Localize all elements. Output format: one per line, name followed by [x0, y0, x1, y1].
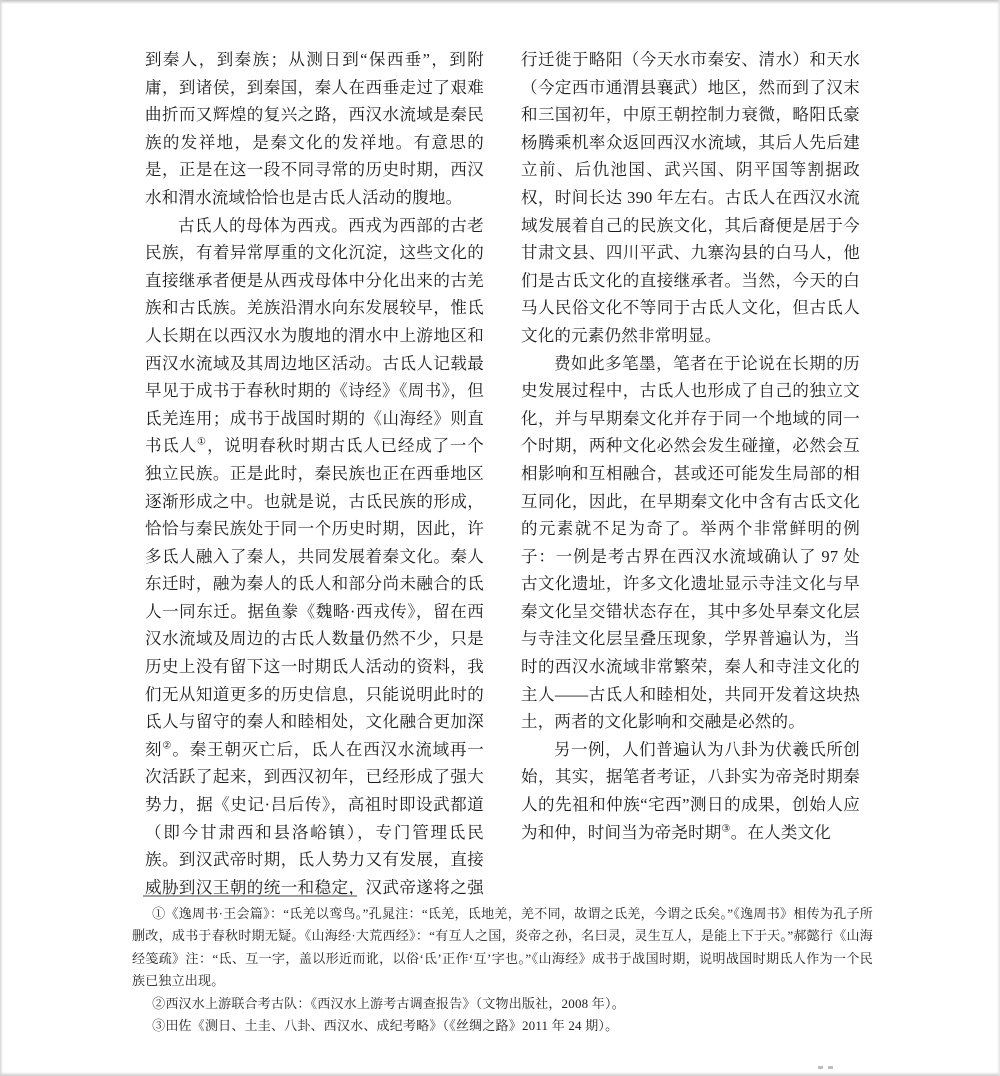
footnote-1: ①《逸周书·王会篇》：“氐羌以鸾鸟。”孔晁注：“氐羌，氐地羌，羌不同，故谓之氐羌…: [132, 903, 873, 993]
text-run: 费如此多笔墨，笔者在于论说在长期的历史发展过程中，古氐人也形成了自己的独立文化，…: [521, 354, 860, 732]
scan-edge-bottom: [0, 1072, 1000, 1076]
print-artifact-mark: [818, 1066, 823, 1069]
text-run: 古氐人的母体为西戎。西戎为西部的古老民族，有着异常厚重的文化沉淀，这些文化的直接…: [145, 216, 484, 456]
scan-edge-left: [0, 0, 3, 1076]
footnote-ref-marker: ②: [162, 740, 172, 751]
body-paragraph-4: 另一例，人们普遍认为八卦为伏羲氏所创始，其实，据笔者考证，八卦实为帝尧时期秦人的…: [521, 736, 860, 846]
body-paragraph-1: 到秦人，到秦族；从测日到“保西垂”，到附庸，到诸侯，到秦国，秦人在西垂走过了艰难…: [145, 46, 484, 212]
footnote-ref-marker: ①: [197, 437, 207, 448]
text-run: 。在人类文化: [731, 823, 831, 842]
text-run: ，说明春秋时期古氐人已经成了一个独立民族。正是此时，秦民族也正在西垂地区逐渐形成…: [145, 436, 484, 759]
body-paragraph-3: 费如此多笔墨，笔者在于论说在长期的历史发展过程中，古氐人也形成了自己的独立文化，…: [521, 350, 860, 736]
footnote-2: ②西汉水上游联合考古队：《西汉水上游考古调查报告》（文物出版社，2008 年）。: [132, 993, 873, 1015]
print-artifact: [818, 1066, 836, 1070]
print-artifact-mark: [828, 1066, 833, 1069]
book-page: 到秦人，到秦族；从测日到“保西垂”，到附庸，到诸侯，到秦国，秦人在西垂走过了艰难…: [0, 0, 1000, 1076]
footnotes-block: ①《逸周书·王会篇》：“氐羌以鸾鸟。”孔晁注：“氐羌，氐地羌，羌不同，故谓之氐羌…: [132, 903, 873, 1037]
text-run: 到秦人，到秦族；从测日到“保西垂”，到附庸，到诸侯，到秦国，秦人在西垂走过了艰难…: [145, 50, 484, 207]
footnote-separator-rule: [143, 895, 357, 897]
footnote-ref-marker: ③: [721, 823, 730, 834]
scan-edge-top: [0, 0, 1000, 4]
footnote-3: ③田佐《测日、土圭、八卦、西汉水、成纪考略》（《丝绸之路》2011 年 24 期…: [132, 1015, 873, 1037]
article-body-columns: 到秦人，到秦族；从测日到“保西垂”，到附庸，到诸侯，到秦国，秦人在西垂走过了艰难…: [145, 46, 860, 904]
